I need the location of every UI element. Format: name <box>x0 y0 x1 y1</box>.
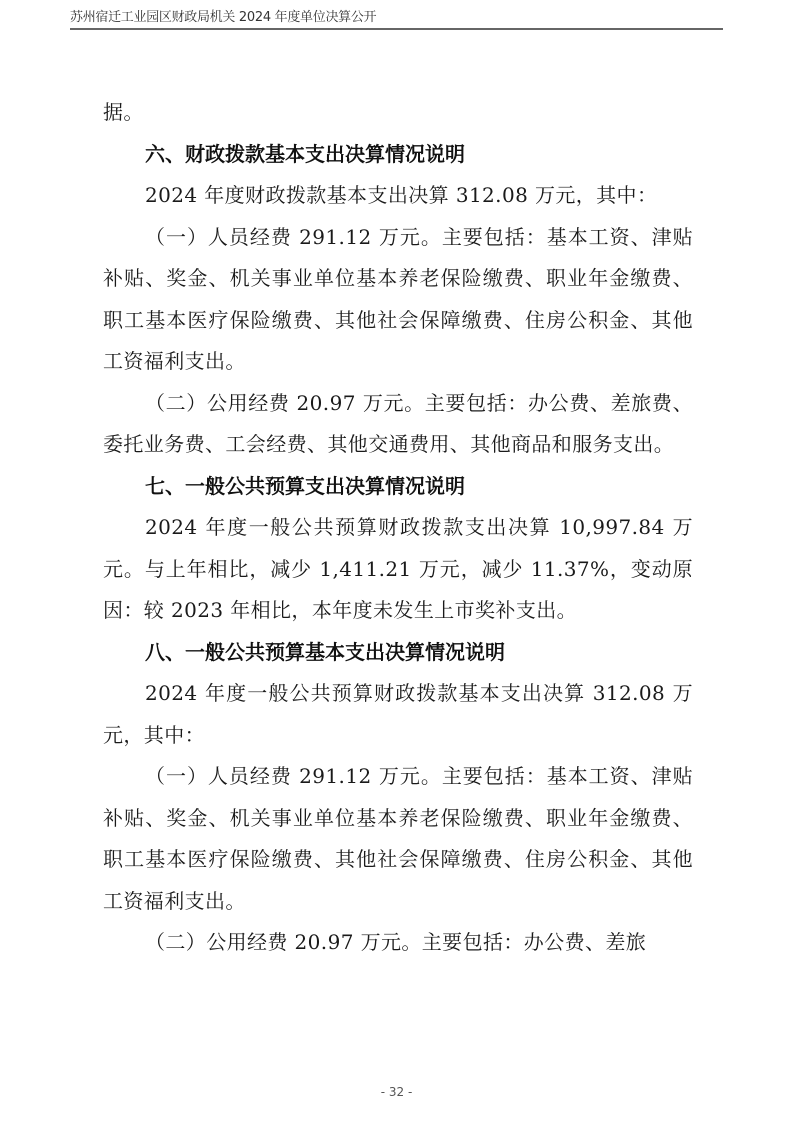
paragraph: （二）公用经费 20.97 万元。主要包括：办公费、差旅费、委托业务费、工会经费… <box>103 383 693 466</box>
page-header: 苏州宿迁工业园区财政局机关 2024 年度单位决算公开 <box>70 10 723 30</box>
section-heading-7: 七、一般公共预算支出决算情况说明 <box>103 466 693 508</box>
paragraph: （一）人员经费 291.12 万元。主要包括：基本工资、津贴补贴、奖金、机关事业… <box>103 217 693 383</box>
paragraph: 2024 年度财政拨款基本支出决算 312.08 万元，其中： <box>103 175 693 217</box>
document-body: 据。 六、财政拨款基本支出决算情况说明 2024 年度财政拨款基本支出决算 31… <box>103 92 693 964</box>
page-number: - 32 - <box>0 1085 793 1099</box>
paragraph: 2024 年度一般公共预算财政拨款基本支出决算 312.08 万元，其中： <box>103 673 693 756</box>
header-title: 苏州宿迁工业园区财政局机关 2024 年度单位决算公开 <box>70 10 723 26</box>
paragraph: （一）人员经费 291.12 万元。主要包括：基本工资、津贴补贴、奖金、机关事业… <box>103 756 693 922</box>
paragraph: （二）公用经费 20.97 万元。主要包括：办公费、差旅 <box>103 922 693 964</box>
section-heading-6: 六、财政拨款基本支出决算情况说明 <box>103 134 693 176</box>
paragraph-continuation: 据。 <box>103 92 693 134</box>
section-heading-8: 八、一般公共预算基本支出决算情况说明 <box>103 632 693 674</box>
paragraph: 2024 年度一般公共预算财政拨款支出决算 10,997.84 万元。与上年相比… <box>103 507 693 632</box>
